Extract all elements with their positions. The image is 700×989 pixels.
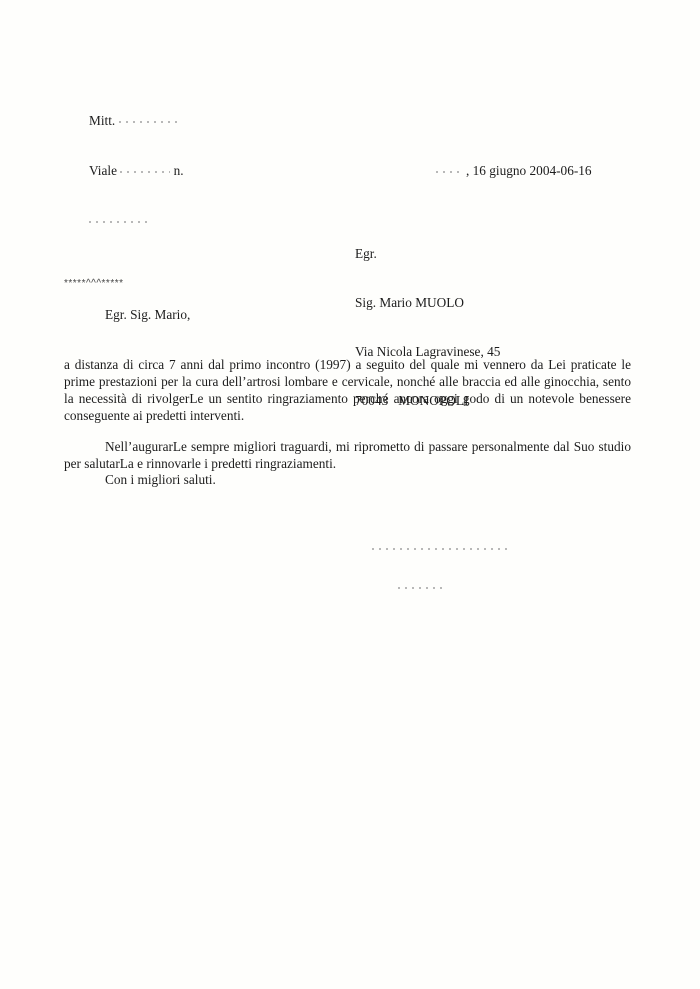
- letter-page: Mitt. Viale n. , 16 giugno 2004-06-16 Eg…: [0, 0, 700, 989]
- sender-block: Mitt. Viale n.: [89, 81, 184, 263]
- sender-name-line: Mitt.: [89, 113, 184, 131]
- date-text: , 16 giugno 2004-06-16: [466, 163, 592, 178]
- salutation: Egr. Sig. Mario,: [105, 307, 190, 323]
- redacted-street: [120, 171, 170, 173]
- redacted-city: [89, 221, 149, 223]
- recipient-line: Sig. Mario MUOLO: [355, 295, 500, 312]
- sender-address-line: Viale n.: [89, 163, 184, 181]
- body-paragraph: a distanza di circa 7 anni dal primo inc…: [64, 356, 631, 424]
- closing: Con i migliori saluti.: [105, 472, 216, 488]
- letter-date: , 16 giugno 2004-06-16: [436, 163, 592, 179]
- separator-line: *****^^^*****: [64, 276, 124, 292]
- redacted-place: [436, 171, 464, 173]
- signature-redacted: [372, 540, 512, 556]
- redacted-sender-name: [119, 121, 181, 123]
- signature-name-redacted: [398, 579, 443, 595]
- redacted-signature-name: [398, 587, 443, 589]
- sender-label: Mitt.: [89, 113, 115, 128]
- sender-street-label: Viale: [89, 163, 117, 178]
- recipient-line: Egr.: [355, 246, 500, 263]
- body-paragraph: Nell’augurarLe sempre migliori traguardi…: [64, 438, 631, 472]
- sender-city-line: [89, 213, 184, 231]
- sender-number-label: n.: [174, 163, 184, 178]
- redacted-signature: [372, 548, 512, 550]
